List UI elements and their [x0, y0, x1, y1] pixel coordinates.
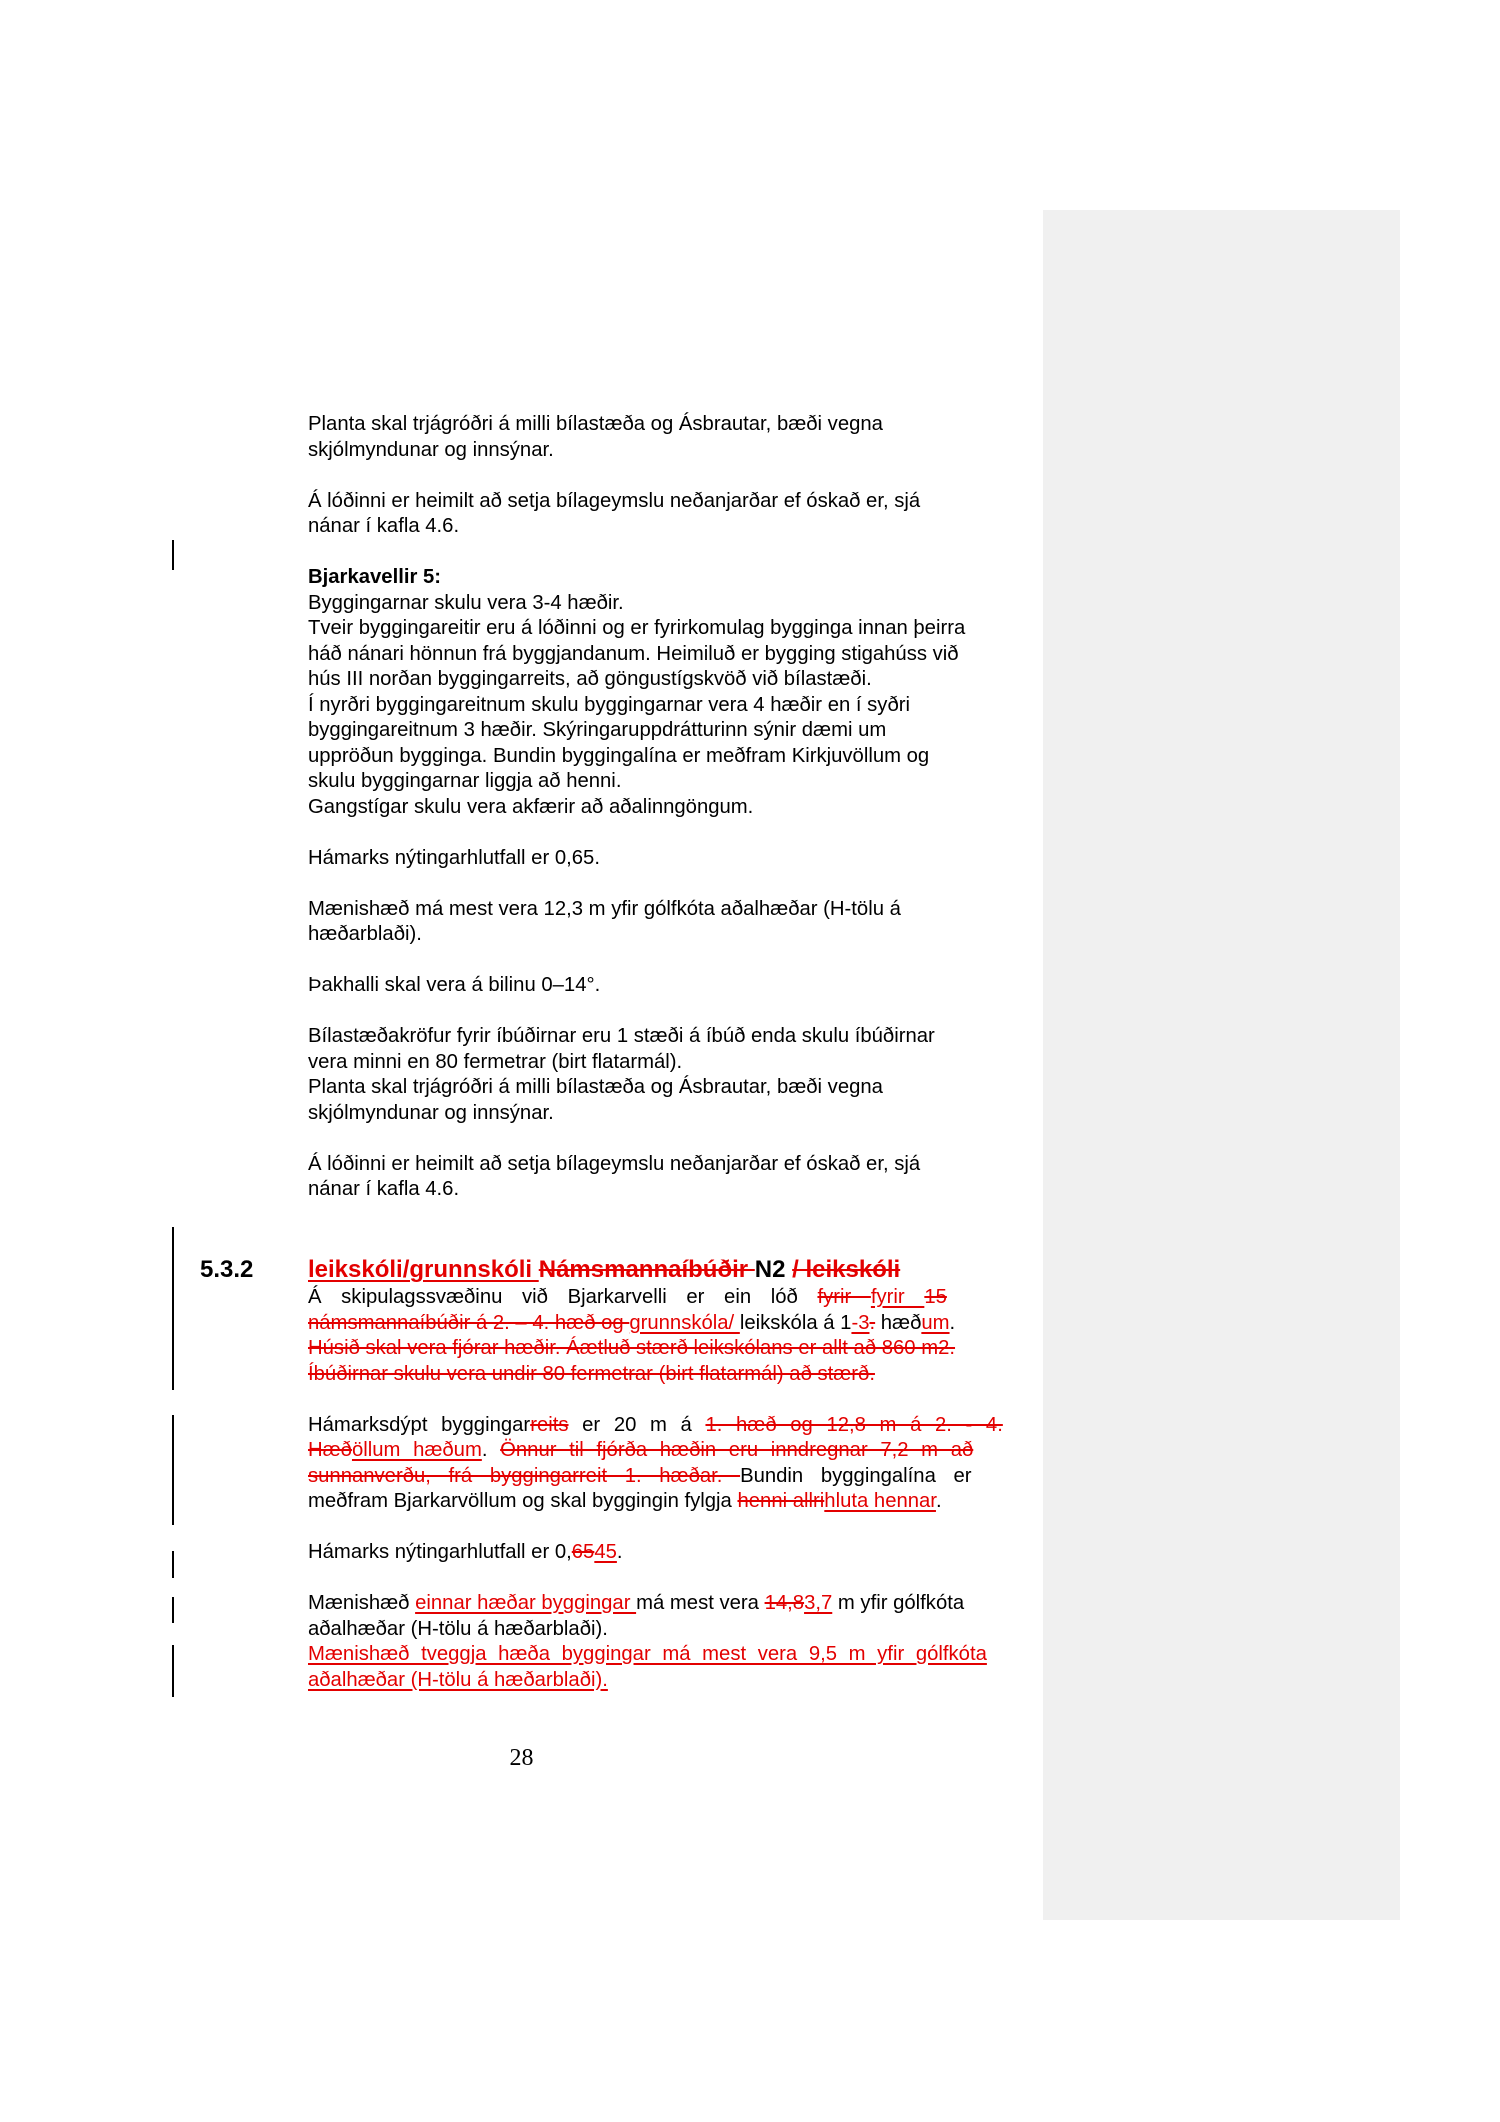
- deleted-text: Önnur til fjórða hæðin eru inndregnar 7,…: [500, 1439, 973, 1461]
- garage-text: nánar í kafla 4.6.: [308, 1177, 1034, 1203]
- plain-text: Á skipulagssvæðinu við Bjarkarvelli er e…: [308, 1286, 817, 1308]
- change-bar: [172, 1227, 174, 1390]
- inserted-text: öllum hæðum: [352, 1439, 482, 1461]
- intro-line: námsmannaíbúðir á 2. – 4. hæð og grunnsk…: [308, 1311, 1034, 1337]
- inserted-text: Mænishæð tveggja hæða byggingar má mest …: [308, 1643, 987, 1665]
- plain-text: aðalhæðar (H-tölu á hæðarblaði).: [308, 1618, 608, 1640]
- deleted-text: Hæð: [308, 1439, 352, 1461]
- plain-text: m yfir gólfkóta: [832, 1592, 964, 1614]
- plain-text: hæð: [875, 1312, 921, 1334]
- line: skulu byggingarnar liggja að henni.: [308, 769, 1034, 795]
- line: háð nánari hönnun frá byggjandanum. Heim…: [308, 642, 1034, 668]
- deleted-text: sunnanverðu, frá byggingarreit 1. hæðar.: [308, 1465, 740, 1487]
- deleted-text: 65: [572, 1541, 595, 1563]
- inserted-text: 45: [594, 1541, 617, 1563]
- inserted-text: hluta hennar: [824, 1490, 936, 1512]
- inserted-text: um: [921, 1312, 949, 1334]
- intro-line: Íbúðirnar skulu vera undir 80 fermetrar …: [308, 1362, 1034, 1388]
- deleted-text: Húsið skal vera fjórar hæðir. Áætluð stæ…: [308, 1337, 955, 1359]
- deleted-text: 1. hæð og 12,8 m á 2. - 4.: [705, 1414, 1002, 1436]
- depth-line: Hámarksdýpt byggingarreits er 20 m á 1. …: [308, 1413, 1034, 1439]
- paragraph: skjólmyndunar og innsýnar.: [308, 438, 1034, 464]
- plain-text: Mænishæð: [308, 1592, 415, 1614]
- line: Byggingarnar skulu vera 3-4 hæðir.: [308, 591, 1034, 617]
- bjarkavellir-5-section: Bjarkavellir 5: Byggingarnar skulu vera …: [308, 565, 1034, 1203]
- line: Gangstígar skulu vera akfærir að aðalinn…: [308, 795, 1034, 821]
- plant-text: skjólmyndunar og innsýnar.: [308, 1101, 1034, 1127]
- ridge-line: aðalhæðar (H-tölu á hæðarblaði).: [308, 1668, 1034, 1694]
- deleted-text: henni allri: [737, 1490, 824, 1512]
- title-text: N2: [755, 1256, 792, 1283]
- plain-text: meðfram Bjarkarvöllum og skal byggingin …: [308, 1490, 737, 1512]
- inserted-text: grunnskóla/: [629, 1312, 740, 1334]
- depth-line: meðfram Bjarkarvöllum og skal byggingin …: [308, 1489, 1034, 1515]
- line: hús III norðan byggingarreits, að göngus…: [308, 667, 1034, 693]
- plain-text: Bundin byggingalína er: [740, 1465, 971, 1487]
- change-bar: [172, 1645, 174, 1697]
- roof-text: Þakhalli skal vera á bilinu 0–14°.: [308, 973, 1034, 999]
- deleted-text: / leikskóli: [792, 1256, 900, 1283]
- inserted-text: -3: [851, 1312, 869, 1334]
- line: Í nyrðri byggingareitnum skulu byggingar…: [308, 693, 1034, 719]
- utilization-line: Hámarks nýtingarhlutfall er 0,6545.: [308, 1540, 1034, 1566]
- ridge-text: hæðarblaði).: [308, 922, 1034, 948]
- paragraph: Planta skal trjágróðri á milli bílastæða…: [308, 412, 1034, 438]
- plain-text: er 20 m á: [569, 1414, 706, 1436]
- deleted-text: námsmannaíbúðir á 2. – 4. hæð og: [308, 1312, 629, 1334]
- deleted-text: Námsmannaíbúðir: [539, 1256, 755, 1283]
- section-number: 5.3.2: [200, 1255, 253, 1285]
- intro-line: Húsið skal vera fjórar hæðir. Áætluð stæ…: [308, 1336, 1034, 1362]
- line: Tveir byggingareitir eru á lóðinni og er…: [308, 616, 1034, 642]
- ridge-line: Mænishæð tveggja hæða byggingar má mest …: [308, 1642, 1034, 1668]
- line: byggingareitnum 3 hæðir. Skýringaruppdrá…: [308, 718, 1034, 744]
- inserted-text: leikskóli/grunnskóli: [308, 1256, 539, 1283]
- subheading: Bjarkavellir 5:: [308, 565, 1034, 591]
- change-bar: [172, 1551, 174, 1578]
- parking-text: vera minni en 80 fermetrar (birt flatarm…: [308, 1050, 1034, 1076]
- plain-text: Hámarksdýpt byggingar: [308, 1414, 530, 1436]
- intro-line: Á skipulagssvæðinu við Bjarkarvelli er e…: [308, 1285, 1034, 1311]
- plain-text: .: [936, 1490, 942, 1512]
- paragraph: nánar í kafla 4.6.: [308, 514, 1034, 540]
- change-bar: [172, 1597, 174, 1623]
- inserted-text: aðalhæðar (H-tölu á hæðarblaði).: [308, 1669, 608, 1691]
- plain-text: má mest vera: [636, 1592, 764, 1614]
- deleted-text: reits: [530, 1414, 568, 1436]
- top-section: Planta skal trjágróðri á milli bílastæða…: [308, 412, 1034, 540]
- parking-text: Bílastæðakröfur fyrir íbúðirnar eru 1 st…: [308, 1024, 1034, 1050]
- ridge-text: Mænishæð má mest vera 12,3 m yfir gólfkó…: [308, 897, 1034, 923]
- depth-line: sunnanverðu, frá byggingarreit 1. hæðar.…: [308, 1464, 1034, 1490]
- deleted-text: 15: [924, 1286, 947, 1308]
- inserted-text: 3,7: [804, 1592, 832, 1614]
- deleted-text: Íbúðirnar skulu vera undir 80 fermetrar …: [308, 1363, 875, 1385]
- plain-text: Hámarks nýtingarhlutfall er 0,: [308, 1541, 572, 1563]
- page-number: 28: [0, 1745, 1043, 1772]
- ridge-line: Mænishæð einnar hæðar byggingar má mest …: [308, 1591, 1034, 1617]
- inserted-text: einnar hæðar byggingar: [415, 1592, 636, 1614]
- deleted-text: 14,8: [765, 1592, 804, 1614]
- utilization-text: Hámarks nýtingarhlutfall er 0,65.: [308, 846, 1034, 872]
- plant-text: Planta skal trjágróðri á milli bílastæða…: [308, 1075, 1034, 1101]
- plain-text: .: [950, 1312, 956, 1334]
- document-page: Planta skal trjágróðri á milli bílastæða…: [0, 0, 1043, 2122]
- inserted-text: fyrir: [871, 1286, 924, 1308]
- plain-text: .: [617, 1541, 623, 1563]
- section-532-body: Á skipulagssvæðinu við Bjarkarvelli er e…: [308, 1285, 1034, 1693]
- garage-text: Á lóðinni er heimilt að setja bílageymsl…: [308, 1152, 1034, 1178]
- plain-text: leikskóla á 1: [740, 1312, 852, 1334]
- line: uppröðun bygginga. Bundin byggingalína e…: [308, 744, 1034, 770]
- ridge-line: aðalhæðar (H-tölu á hæðarblaði).: [308, 1617, 1034, 1643]
- change-bar: [172, 540, 174, 570]
- plain-text: .: [482, 1439, 500, 1461]
- deleted-text: fyrir: [817, 1286, 870, 1308]
- section-title: leikskóli/grunnskóli Námsmannaíbúðir N2 …: [308, 1255, 900, 1285]
- paragraph: Á lóðinni er heimilt að setja bílageymsl…: [308, 489, 1034, 515]
- depth-line: Hæðöllum hæðum. Önnur til fjórða hæðin e…: [308, 1438, 1034, 1464]
- change-bar: [172, 1415, 174, 1525]
- comment-pane: [1043, 210, 1400, 1920]
